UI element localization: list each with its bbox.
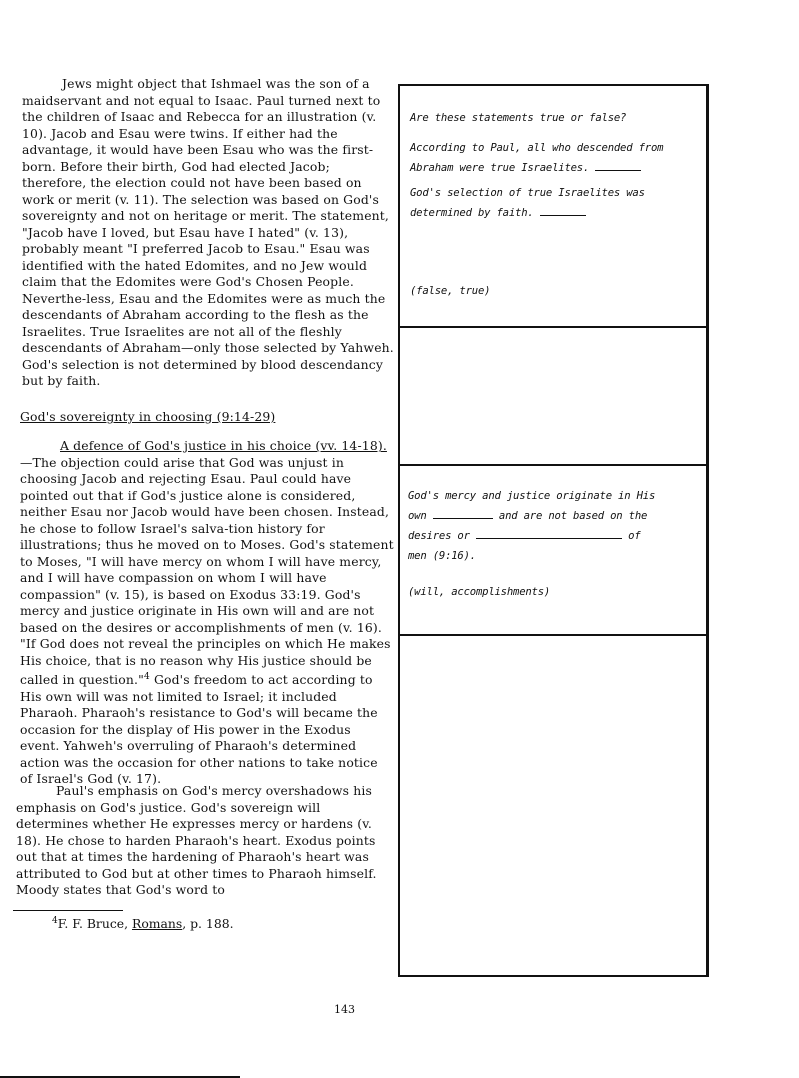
- frame-1: Are these statements true or false? Acco…: [400, 108, 706, 223]
- frame-1-q2-line2: determined by faith.: [410, 203, 706, 223]
- frame-divider: [400, 464, 706, 466]
- section-heading: God's sovereignty in choosing (9:14-29): [20, 409, 392, 426]
- frame-2-own: own: [408, 510, 427, 522]
- subheading: A defence of God's justice in his choice…: [60, 438, 387, 453]
- frame-2-line4: men (9:16).: [408, 546, 706, 566]
- frame-1-q1-line1: According to Paul, all who descended fro…: [410, 138, 706, 158]
- paragraph-body: —The objection could arise that God was …: [20, 455, 394, 688]
- document-page: Jews might object that Ishmael was the s…: [0, 0, 799, 1078]
- frame-2-answer: (will, accomplishments): [408, 582, 706, 602]
- footnote-author: F. F. Bruce,: [58, 916, 132, 931]
- frame-2-not-based: and are not based on the: [499, 510, 647, 522]
- footnote-divider: [13, 910, 123, 911]
- frame-2: God's mercy and justice originate in His…: [400, 486, 706, 602]
- frame-2-line1: God's mercy and justice originate in His: [408, 486, 706, 506]
- footnote-title: Romans: [132, 916, 182, 931]
- frame-1-q1-text: Abraham were true Israelites.: [410, 162, 589, 174]
- frame-divider: [400, 326, 706, 328]
- frame-1-q2-line1: God's selection of true Israelites was: [410, 183, 706, 203]
- footnote: 4F. F. Bruce, Romans, p. 188.: [52, 913, 234, 932]
- programmed-frames-box: Are these statements true or false? Acco…: [398, 84, 709, 977]
- frame-2-desires: desires or: [408, 530, 470, 542]
- footnote-page: , p. 188.: [182, 916, 233, 931]
- fill-blank-accomplishments[interactable]: [476, 528, 622, 539]
- page-number: 143: [334, 1003, 355, 1016]
- frame-1-q1-line2: Abraham were true Israelites.: [410, 158, 706, 178]
- frame-divider: [400, 634, 706, 636]
- answer-blank-1[interactable]: [595, 160, 641, 171]
- frame-1-answer: (false, true): [400, 281, 706, 301]
- paragraph-gods-justice: A defence of God's justice in his choice…: [20, 438, 394, 788]
- frame-2-of: of: [628, 530, 640, 542]
- paragraph-jacob-esau: Jews might object that Ishmael was the s…: [22, 76, 394, 390]
- section-heading-text: God's sovereignty in choosing (9:14-29): [20, 409, 275, 424]
- paragraph-mercy: Paul's emphasis on God's mercy overshado…: [16, 783, 394, 899]
- paragraph-tail: God's freedom to act according to His ow…: [20, 672, 378, 786]
- frame-2-line3: desires or of: [408, 526, 706, 546]
- fill-blank-will[interactable]: [433, 508, 493, 519]
- frame-1-q2-text: determined by faith.: [410, 207, 534, 219]
- frame-2-line2: own and are not based on the: [408, 506, 706, 526]
- frame-1-prompt: Are these statements true or false?: [410, 108, 706, 128]
- answer-blank-2[interactable]: [540, 205, 586, 216]
